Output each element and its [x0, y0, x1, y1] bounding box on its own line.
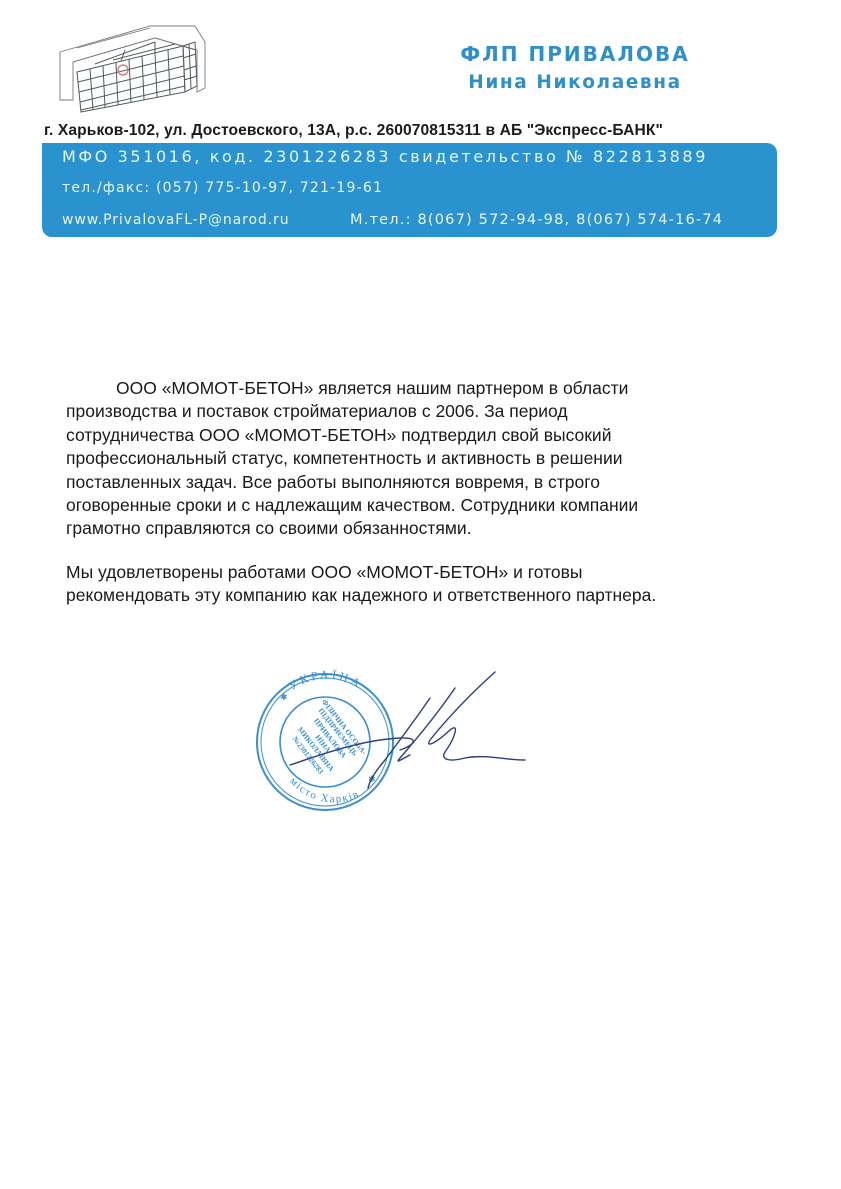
registration-details: МФО 351016, код. 2301226283 свидетельств…: [62, 147, 708, 166]
text-line: грамотно справляются со своими обязаннос…: [66, 517, 766, 540]
official-stamp-icon: УКРАЇНА місто Харків ✱ ✱ ФІЗИЧНА ОСОБА- …: [250, 660, 530, 820]
text-line: сотрудничества ООО «МОМОТ-БЕТОН» подтвер…: [66, 424, 766, 447]
letter-paragraph-2: Мы удовлетворены работами ООО «МОМОТ-БЕТ…: [66, 561, 766, 608]
text-line: производства и поставок стройматериалов …: [66, 400, 766, 423]
formwork-illustration-icon: [55, 20, 220, 115]
company-title: ФЛП ПРИВАЛОВА: [440, 42, 710, 66]
text-line: рекомендовать эту компанию как надежного…: [66, 584, 766, 607]
company-address: г. Харьков-102, ул. Достоевского, 13А, р…: [44, 122, 784, 140]
svg-text:✱: ✱: [280, 692, 288, 702]
text-line: ООО «МОМОТ-БЕТОН» является нашим партнер…: [66, 377, 766, 400]
phone-fax: тел./факс: (057) 775-10-97, 721-19-61: [62, 180, 383, 196]
contact-band: МФО 351016, код. 2301226283 свидетельств…: [42, 143, 777, 237]
text-line: поставленных задач. Все работы выполняют…: [66, 471, 766, 494]
letter-paragraph-1: ООО «МОМОТ-БЕТОН» является нашим партнер…: [66, 377, 766, 541]
company-logo: [55, 20, 220, 115]
website-link[interactable]: www.PrivalovaFL-P@narod.ru: [62, 212, 289, 228]
text-line: Мы удовлетворены работами ООО «МОМОТ-БЕТ…: [66, 561, 766, 584]
svg-text:УКРАЇНА: УКРАЇНА: [286, 668, 365, 693]
owner-name: Нина Николаевна: [440, 72, 710, 93]
stamp-and-signature: УКРАЇНА місто Харків ✱ ✱ ФІЗИЧНА ОСОБА- …: [250, 660, 530, 820]
mobile-phones: М.тел.: 8(067) 572-94-98, 8(067) 574-16-…: [350, 212, 723, 228]
text-line: профессиональный статус, компетентность …: [66, 447, 766, 470]
text-line: оговоренные сроки и с надлежащим качеств…: [66, 494, 766, 517]
